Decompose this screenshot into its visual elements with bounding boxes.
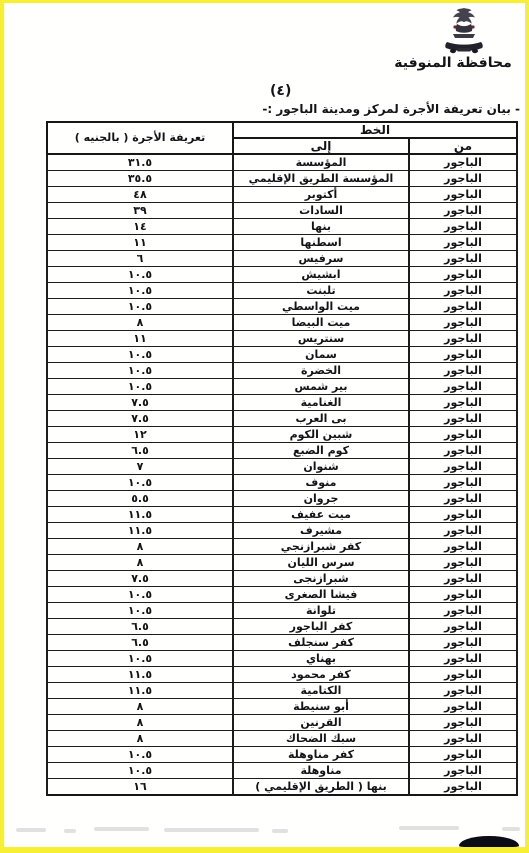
from-cell: الباجور xyxy=(409,507,517,523)
from-cell: الباجور xyxy=(409,427,517,443)
fare-cell: ٧.٥ xyxy=(47,411,233,427)
table-row: الباجور شنوان ٧ xyxy=(47,459,517,475)
table-row: الباجور الكتامية ١١.٥ xyxy=(47,683,517,699)
to-cell: القرنين xyxy=(233,715,409,731)
table-row: الباجور الخضرة ١٠.٥ xyxy=(47,363,517,379)
fare-cell: ١٠.٥ xyxy=(47,267,233,283)
from-cell: الباجور xyxy=(409,587,517,603)
from-cell: الباجور xyxy=(409,363,517,379)
to-cell: سرس الليان xyxy=(233,555,409,571)
fare-cell: ١٠.٥ xyxy=(47,475,233,491)
fare-cell: ١٦ xyxy=(47,779,233,796)
from-cell: الباجور xyxy=(409,283,517,299)
to-cell: شنوان xyxy=(233,459,409,475)
scan-smudges xyxy=(4,825,525,835)
from-cell: الباجور xyxy=(409,251,517,267)
from-cell: الباجور xyxy=(409,219,517,235)
table-row: الباجور كفر سنجلف ٦.٥ xyxy=(47,635,517,651)
table-row: الباجور جروان ٥.٥ xyxy=(47,491,517,507)
fare-cell: ١٠.٥ xyxy=(47,283,233,299)
fare-cell: ١٠.٥ xyxy=(47,603,233,619)
fare-cell: ١٠.٥ xyxy=(47,651,233,667)
table-row: الباجور سرفيس ٦ xyxy=(47,251,517,267)
table-row: الباجور كفر الباجور ٦.٥ xyxy=(47,619,517,635)
fare-header-cell: تعريفة الأجرة ( بالجنيه ) xyxy=(47,122,233,154)
from-cell: الباجور xyxy=(409,635,517,651)
to-cell: شبرازنجى xyxy=(233,571,409,587)
to-cell: الكتامية xyxy=(233,683,409,699)
from-cell: الباجور xyxy=(409,379,517,395)
fare-cell: ٤٨ xyxy=(47,187,233,203)
to-cell: بير شمس xyxy=(233,379,409,395)
table-row: الباجور بهناي ١٠.٥ xyxy=(47,651,517,667)
from-cell: الباجور xyxy=(409,539,517,555)
from-cell: الباجور xyxy=(409,235,517,251)
table-row: الباجور كوم الضبع ٦.٥ xyxy=(47,443,517,459)
to-cell: ابشيش xyxy=(233,267,409,283)
fare-cell: ٥.٥ xyxy=(47,491,233,507)
table-row: الباجور ميت الواسطي ١٠.٥ xyxy=(47,299,517,315)
from-cell: الباجور xyxy=(409,491,517,507)
scanned-document-page: محافظة المنوفية (٤) - بيان تعريفة الأجرة… xyxy=(0,0,529,853)
fare-cell: ٧ xyxy=(47,459,233,475)
fare-cell: ١٠.٥ xyxy=(47,763,233,779)
table-row: الباجور أبو سنيطة ٨ xyxy=(47,699,517,715)
to-cell: بنها ( الطريق الإقليمي ) xyxy=(233,779,409,796)
to-cell: سمان xyxy=(233,347,409,363)
fare-cell: ١٠.٥ xyxy=(47,363,233,379)
from-cell: الباجور xyxy=(409,683,517,699)
to-cell: السادات xyxy=(233,203,409,219)
from-cell: الباجور xyxy=(409,555,517,571)
ink-blot-artifact xyxy=(459,836,519,847)
table-row: الباجور الغنامية ٧.٥ xyxy=(47,395,517,411)
from-cell: الباجور xyxy=(409,779,517,796)
table-row: الباجور سمان ١٠.٥ xyxy=(47,347,517,363)
to-cell: ميت الواسطي xyxy=(233,299,409,315)
fare-cell: ١١ xyxy=(47,235,233,251)
from-cell: الباجور xyxy=(409,347,517,363)
to-cell: كوم الضبع xyxy=(233,443,409,459)
to-cell: ميت البيضا xyxy=(233,315,409,331)
to-cell: تلوانة xyxy=(233,603,409,619)
to-cell: بهناي xyxy=(233,651,409,667)
table-row: الباجور كفر مناوهلة ١٠.٥ xyxy=(47,747,517,763)
from-cell: الباجور xyxy=(409,459,517,475)
fare-cell: ٧.٥ xyxy=(47,395,233,411)
to-cell: سنتريس xyxy=(233,331,409,347)
to-cell: مشيرف xyxy=(233,523,409,539)
fare-cell: ٦.٥ xyxy=(47,619,233,635)
from-cell: الباجور xyxy=(409,299,517,315)
fare-cell: ٦.٥ xyxy=(47,635,233,651)
to-cell: كفر مناوهلة xyxy=(233,747,409,763)
table-row: الباجور القرنين ٨ xyxy=(47,715,517,731)
to-cell: كفر سنجلف xyxy=(233,635,409,651)
fare-cell: ١١.٥ xyxy=(47,667,233,683)
table-row: الباجور سنتريس ١١ xyxy=(47,331,517,347)
to-cell: المؤسسة الطريق الإقليمي xyxy=(233,171,409,187)
table-row: الباجور شبرازنجى ٧.٥ xyxy=(47,571,517,587)
table-row: الباجور السادات ٣٩ xyxy=(47,203,517,219)
table-row: الباجور كفر شبرازنجي ٨ xyxy=(47,539,517,555)
from-cell: الباجور xyxy=(409,395,517,411)
from-cell: الباجور xyxy=(409,187,517,203)
fare-table-body: الباجور المؤسسة ٣١.٥ الباجور المؤسسة الط… xyxy=(47,154,517,795)
table-row: الباجور ابشيش ١٠.٥ xyxy=(47,267,517,283)
fare-cell: ١٠.٥ xyxy=(47,379,233,395)
from-cell: الباجور xyxy=(409,203,517,219)
fare-cell: ٨ xyxy=(47,555,233,571)
fare-cell: ٨ xyxy=(47,539,233,555)
table-row: الباجور بير شمس ١٠.٥ xyxy=(47,379,517,395)
to-cell: المؤسسة xyxy=(233,154,409,171)
table-row: الباجور بنها ( الطريق الإقليمي ) ١٦ xyxy=(47,779,517,796)
to-cell: الغنامية xyxy=(233,395,409,411)
table-row: الباجور بى العرب ٧.٥ xyxy=(47,411,517,427)
table-row: الباجور المؤسسة الطريق الإقليمي ٣٥.٥ xyxy=(47,171,517,187)
table-row: الباجور منوف ١٠.٥ xyxy=(47,475,517,491)
table-row: الباجور تلبنت ١٠.٥ xyxy=(47,283,517,299)
fare-cell: ١٠.٥ xyxy=(47,587,233,603)
page-number: (٤) xyxy=(270,83,291,99)
to-cell: شبين الكوم xyxy=(233,427,409,443)
to-cell: كفر الباجور xyxy=(233,619,409,635)
fare-cell: ٨ xyxy=(47,699,233,715)
from-cell: الباجور xyxy=(409,154,517,171)
fare-cell: ٦.٥ xyxy=(47,443,233,459)
from-cell: الباجور xyxy=(409,715,517,731)
fare-cell: ٧.٥ xyxy=(47,571,233,587)
table-row: الباجور مشيرف ١١.٥ xyxy=(47,523,517,539)
to-cell: أبو سنيطة xyxy=(233,699,409,715)
to-cell: سبك الضحاك xyxy=(233,731,409,747)
from-cell: الباجور xyxy=(409,171,517,187)
table-row: الباجور أكتوبر ٤٨ xyxy=(47,187,517,203)
to-cell: ميت عفيف xyxy=(233,507,409,523)
table-row: الباجور اسطنها ١١ xyxy=(47,235,517,251)
table-row: الباجور ميت البيضا ٨ xyxy=(47,315,517,331)
fare-cell: ١١ xyxy=(47,331,233,347)
to-cell: بى العرب xyxy=(233,411,409,427)
from-cell: الباجور xyxy=(409,699,517,715)
to-cell: بنها xyxy=(233,219,409,235)
to-cell: تلبنت xyxy=(233,283,409,299)
to-cell: كفر محمود xyxy=(233,667,409,683)
fare-cell: ١١.٥ xyxy=(47,523,233,539)
fare-table-header: الخط تعريفة الأجرة ( بالجنيه ) من إلى xyxy=(47,122,517,154)
from-cell: الباجور xyxy=(409,315,517,331)
from-cell: الباجور xyxy=(409,411,517,427)
fare-cell: ١٠.٥ xyxy=(47,299,233,315)
table-row: الباجور ميت عفيف ١١.٥ xyxy=(47,507,517,523)
fare-cell: ١١.٥ xyxy=(47,683,233,699)
fare-tariff-table: الخط تعريفة الأجرة ( بالجنيه ) من إلى ال… xyxy=(46,121,518,796)
to-cell: منوف xyxy=(233,475,409,491)
table-row: الباجور تلوانة ١٠.٥ xyxy=(47,603,517,619)
to-cell: اسطنها xyxy=(233,235,409,251)
to-cell: فيشا الصغرى xyxy=(233,587,409,603)
fare-cell: ٣٩ xyxy=(47,203,233,219)
from-cell: الباجور xyxy=(409,667,517,683)
from-cell: الباجور xyxy=(409,523,517,539)
from-cell: الباجور xyxy=(409,267,517,283)
table-row: الباجور كفر محمود ١١.٥ xyxy=(47,667,517,683)
from-cell: الباجور xyxy=(409,603,517,619)
table-row: الباجور سرس الليان ٨ xyxy=(47,555,517,571)
table-row: الباجور بنها ١٤ xyxy=(47,219,517,235)
from-cell: الباجور xyxy=(409,619,517,635)
fare-cell: ١١.٥ xyxy=(47,507,233,523)
to-header-cell: إلى xyxy=(233,138,409,154)
from-cell: الباجور xyxy=(409,475,517,491)
from-cell: الباجور xyxy=(409,331,517,347)
from-cell: الباجور xyxy=(409,571,517,587)
to-cell: كفر شبرازنجي xyxy=(233,539,409,555)
table-row: الباجور سبك الضحاك ٨ xyxy=(47,731,517,747)
fare-cell: ٣١.٥ xyxy=(47,154,233,171)
governorate-eagle-emblem-icon xyxy=(433,6,495,56)
table-row: الباجور فيشا الصغرى ١٠.٥ xyxy=(47,587,517,603)
fare-cell: ٨ xyxy=(47,731,233,747)
fare-cell: ١٢ xyxy=(47,427,233,443)
from-cell: الباجور xyxy=(409,651,517,667)
fare-cell: ٦ xyxy=(47,251,233,267)
table-row: الباجور المؤسسة ٣١.٥ xyxy=(47,154,517,171)
from-cell: الباجور xyxy=(409,763,517,779)
to-cell: مناوهلة xyxy=(233,763,409,779)
to-cell: أكتوبر xyxy=(233,187,409,203)
from-cell: الباجور xyxy=(409,731,517,747)
from-cell: الباجور xyxy=(409,443,517,459)
fare-cell: ٣٥.٥ xyxy=(47,171,233,187)
from-header-cell: من xyxy=(409,138,517,154)
document-title: - بيان تعريفة الأجرة لمركز ومدينة الباجو… xyxy=(262,102,520,116)
fare-cell: ١٠.٥ xyxy=(47,347,233,363)
line-header-cell: الخط xyxy=(233,122,517,138)
to-cell: الخضرة xyxy=(233,363,409,379)
to-cell: جروان xyxy=(233,491,409,507)
fare-cell: ١٤ xyxy=(47,219,233,235)
fare-cell: ٨ xyxy=(47,315,233,331)
table-row: الباجور شبين الكوم ١٢ xyxy=(47,427,517,443)
from-cell: الباجور xyxy=(409,747,517,763)
governorate-name: محافظة المنوفية xyxy=(393,55,513,71)
fare-cell: ٨ xyxy=(47,715,233,731)
to-cell: سرفيس xyxy=(233,251,409,267)
table-row: الباجور مناوهلة ١٠.٥ xyxy=(47,763,517,779)
fare-cell: ١٠.٥ xyxy=(47,747,233,763)
